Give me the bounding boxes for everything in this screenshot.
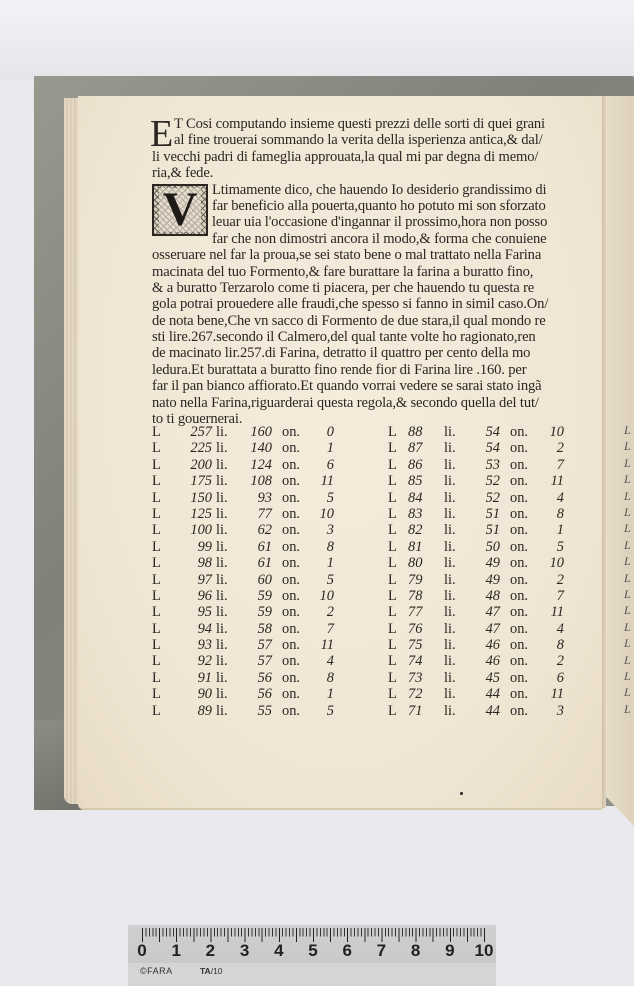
value-lire-total: 150 bbox=[176, 490, 212, 506]
value-lire-total: 97 bbox=[176, 572, 212, 588]
value-ounces: 6 bbox=[312, 457, 334, 473]
value-ounces: 1 bbox=[542, 522, 564, 538]
unit-prefix: L bbox=[152, 506, 161, 522]
li-label: li. bbox=[444, 440, 456, 456]
value-lire-total: 75 bbox=[408, 637, 434, 653]
text-line: T Cosi computando insieme questi prezzi … bbox=[152, 116, 592, 132]
value-lire-flour: 56 bbox=[238, 670, 272, 686]
on-label: on. bbox=[510, 490, 528, 506]
on-label: on. bbox=[510, 572, 528, 588]
unit-prefix: L bbox=[388, 473, 397, 489]
value-ounces: 10 bbox=[312, 588, 334, 604]
value-lire-total: 91 bbox=[176, 670, 212, 686]
value-lire-flour: 140 bbox=[238, 440, 272, 456]
value-lire-flour: 108 bbox=[238, 473, 272, 489]
ruler-number: 4 bbox=[274, 941, 283, 961]
table-row: L93li.57on.11 bbox=[152, 637, 352, 653]
value-ounces: 7 bbox=[542, 588, 564, 604]
ruler-brand: ©FARA bbox=[140, 966, 173, 976]
facing-page-glyph: L bbox=[624, 621, 631, 635]
value-lire-flour: 46 bbox=[470, 637, 500, 653]
value-lire-flour: 52 bbox=[470, 473, 500, 489]
unit-prefix: L bbox=[388, 440, 397, 456]
on-label: on. bbox=[282, 522, 300, 538]
value-lire-flour: 56 bbox=[238, 686, 272, 702]
on-label: on. bbox=[282, 653, 300, 669]
facing-page: LLLLLLLLLLLLLLLLLL bbox=[606, 96, 634, 826]
facing-page-glyph: L bbox=[624, 604, 631, 618]
on-label: on. bbox=[282, 555, 300, 571]
table-row: L94li.58on.7 bbox=[152, 621, 352, 637]
unit-prefix: L bbox=[152, 424, 161, 440]
li-label: li. bbox=[216, 637, 228, 653]
on-label: on. bbox=[282, 440, 300, 456]
table-row: L78li.48on.7 bbox=[388, 588, 588, 604]
table-row: L77li.47on.11 bbox=[388, 604, 588, 620]
text-line: nato nella Farina,riguarderai questa reg… bbox=[152, 395, 592, 411]
table-row: L89li.55on.5 bbox=[152, 703, 352, 719]
unit-prefix: L bbox=[152, 440, 161, 456]
text-line: al fine trouerai sommando la verita dell… bbox=[152, 132, 592, 148]
table-row: L82li.51on.1 bbox=[388, 522, 588, 538]
table-row: L95li.59on.2 bbox=[152, 604, 352, 620]
text-line: osseruare nel far la proua,se sei stato … bbox=[152, 247, 592, 263]
value-lire-total: 95 bbox=[176, 604, 212, 620]
ruler-number: 10 bbox=[475, 941, 494, 961]
table-row: L98li.61on.1 bbox=[152, 555, 352, 571]
unit-prefix: L bbox=[152, 522, 161, 538]
value-ounces: 11 bbox=[312, 637, 334, 653]
value-lire-flour: 47 bbox=[470, 604, 500, 620]
value-lire-flour: 48 bbox=[470, 588, 500, 604]
value-lire-total: 73 bbox=[408, 670, 434, 686]
facing-page-glyph: L bbox=[624, 670, 631, 684]
value-lire-total: 257 bbox=[176, 424, 212, 440]
on-label: on. bbox=[510, 506, 528, 522]
value-lire-total: 92 bbox=[176, 653, 212, 669]
li-label: li. bbox=[444, 703, 456, 719]
value-ounces: 2 bbox=[542, 440, 564, 456]
value-ounces: 7 bbox=[312, 621, 334, 637]
ruler-model-bold: TA bbox=[200, 966, 211, 976]
table-row: L125li.77on.10 bbox=[152, 506, 352, 522]
value-lire-total: 78 bbox=[408, 588, 434, 604]
scale-ruler: 012345678910 ©FARA TA/10 bbox=[128, 924, 496, 986]
paragraph-2: V Ltimamente dico, che hauendo Io deside… bbox=[152, 182, 592, 428]
li-label: li. bbox=[216, 653, 228, 669]
on-label: on. bbox=[282, 490, 300, 506]
unit-prefix: L bbox=[388, 621, 397, 637]
value-lire-total: 90 bbox=[176, 686, 212, 702]
li-label: li. bbox=[216, 703, 228, 719]
facing-page-glyph: L bbox=[624, 473, 631, 487]
unit-prefix: L bbox=[152, 686, 161, 702]
value-lire-flour: 57 bbox=[238, 637, 272, 653]
li-label: li. bbox=[444, 572, 456, 588]
value-lire-total: 81 bbox=[408, 539, 434, 555]
value-lire-total: 77 bbox=[408, 604, 434, 620]
value-lire-flour: 160 bbox=[238, 424, 272, 440]
value-lire-flour: 55 bbox=[238, 703, 272, 719]
paper-speck bbox=[460, 792, 463, 795]
li-label: li. bbox=[216, 555, 228, 571]
value-lire-flour: 57 bbox=[238, 653, 272, 669]
value-lire-flour: 59 bbox=[238, 588, 272, 604]
unit-prefix: L bbox=[152, 539, 161, 555]
unit-prefix: L bbox=[152, 621, 161, 637]
value-lire-flour: 61 bbox=[238, 555, 272, 571]
value-ounces: 6 bbox=[542, 670, 564, 686]
unit-prefix: L bbox=[152, 604, 161, 620]
on-label: on. bbox=[282, 703, 300, 719]
value-ounces: 2 bbox=[312, 604, 334, 620]
value-ounces: 11 bbox=[312, 473, 334, 489]
table-row: L75li.46on.8 bbox=[388, 637, 588, 653]
on-label: on. bbox=[510, 703, 528, 719]
table-row: L73li.45on.6 bbox=[388, 670, 588, 686]
value-lire-flour: 54 bbox=[470, 440, 500, 456]
value-ounces: 7 bbox=[542, 457, 564, 473]
value-lire-flour: 44 bbox=[470, 703, 500, 719]
unit-prefix: L bbox=[388, 703, 397, 719]
on-label: on. bbox=[282, 457, 300, 473]
unit-prefix: L bbox=[388, 572, 397, 588]
li-label: li. bbox=[216, 522, 228, 538]
unit-prefix: L bbox=[152, 572, 161, 588]
li-label: li. bbox=[444, 506, 456, 522]
unit-prefix: L bbox=[152, 457, 161, 473]
li-label: li. bbox=[444, 686, 456, 702]
li-label: li. bbox=[216, 506, 228, 522]
on-label: on. bbox=[510, 604, 528, 620]
value-ounces: 5 bbox=[542, 539, 564, 555]
table-row: L87li.54on.2 bbox=[388, 440, 588, 456]
value-lire-total: 87 bbox=[408, 440, 434, 456]
value-lire-flour: 60 bbox=[238, 572, 272, 588]
value-ounces: 5 bbox=[312, 490, 334, 506]
table-row: L90li.56on.1 bbox=[152, 686, 352, 702]
on-label: on. bbox=[510, 457, 528, 473]
table-row: L81li.50on.5 bbox=[388, 539, 588, 555]
text-line: sti lire.267.secondo il Calmero,del qual… bbox=[152, 329, 592, 345]
on-label: on. bbox=[510, 424, 528, 440]
value-lire-total: 200 bbox=[176, 457, 212, 473]
table-row: L91li.56on.8 bbox=[152, 670, 352, 686]
text-line: li vecchi padri di fameglia approuata,la… bbox=[152, 149, 592, 165]
li-label: li. bbox=[216, 686, 228, 702]
li-label: li. bbox=[444, 637, 456, 653]
li-label: li. bbox=[444, 522, 456, 538]
table-row: L150li.93on.5 bbox=[152, 490, 352, 506]
value-lire-total: 71 bbox=[408, 703, 434, 719]
value-ounces: 1 bbox=[312, 686, 334, 702]
on-label: on. bbox=[282, 572, 300, 588]
value-ounces: 5 bbox=[312, 703, 334, 719]
on-label: on. bbox=[282, 686, 300, 702]
value-ounces: 10 bbox=[542, 555, 564, 571]
gutter bbox=[602, 96, 606, 808]
facing-page-glyph: L bbox=[624, 506, 631, 520]
ruler-number: 8 bbox=[411, 941, 420, 961]
ruler-label-strip bbox=[128, 963, 496, 986]
li-label: li. bbox=[216, 670, 228, 686]
table-row: L100li.62on.3 bbox=[152, 522, 352, 538]
ruler-number: 0 bbox=[137, 941, 146, 961]
unit-prefix: L bbox=[152, 653, 161, 669]
value-ounces: 8 bbox=[542, 506, 564, 522]
li-label: li. bbox=[444, 490, 456, 506]
value-lire-flour: 49 bbox=[470, 555, 500, 571]
unit-prefix: L bbox=[388, 506, 397, 522]
facing-page-glyph: L bbox=[624, 490, 631, 504]
value-lire-flour: 93 bbox=[238, 490, 272, 506]
facing-page-glyph: L bbox=[624, 686, 631, 700]
unit-prefix: L bbox=[388, 539, 397, 555]
value-ounces: 11 bbox=[542, 686, 564, 702]
text-line: macinata del tuo Formento,& fare buratta… bbox=[152, 264, 592, 280]
value-ounces: 0 bbox=[312, 424, 334, 440]
unit-prefix: L bbox=[152, 555, 161, 571]
table-row: L79li.49on.2 bbox=[388, 572, 588, 588]
table-row: L76li.47on.4 bbox=[388, 621, 588, 637]
li-label: li. bbox=[216, 572, 228, 588]
text-line: far che non dimostri ancora il modo,& fo… bbox=[152, 231, 592, 247]
value-lire-total: 83 bbox=[408, 506, 434, 522]
unit-prefix: L bbox=[388, 457, 397, 473]
value-lire-flour: 50 bbox=[470, 539, 500, 555]
facing-page-glyph: L bbox=[624, 637, 631, 651]
value-ounces: 8 bbox=[312, 539, 334, 555]
table-column-right: L88li.54on.10L87li.54on.2L86li.53on.7L85… bbox=[388, 424, 588, 719]
text-line: gola potrai prouedere alle fraudi,che sp… bbox=[152, 296, 592, 312]
table-row: L225li.140on.1 bbox=[152, 440, 352, 456]
facing-page-glyph: L bbox=[624, 654, 631, 668]
value-ounces: 10 bbox=[542, 424, 564, 440]
value-lire-total: 88 bbox=[408, 424, 434, 440]
on-label: on. bbox=[510, 555, 528, 571]
value-lire-total: 225 bbox=[176, 440, 212, 456]
value-ounces: 8 bbox=[312, 670, 334, 686]
facing-page-glyph: L bbox=[624, 572, 631, 586]
value-lire-flour: 61 bbox=[238, 539, 272, 555]
value-lire-flour: 51 bbox=[470, 522, 500, 538]
ruler-model: TA/10 bbox=[200, 966, 223, 976]
value-lire-total: 125 bbox=[176, 506, 212, 522]
on-label: on. bbox=[282, 604, 300, 620]
unit-prefix: L bbox=[152, 670, 161, 686]
ruler-model-rest: /10 bbox=[211, 966, 223, 976]
text-line: leuar uia l'occasione d'ingannar il pros… bbox=[152, 214, 592, 230]
value-ounces: 1 bbox=[312, 440, 334, 456]
facing-page-glyph: L bbox=[624, 703, 631, 717]
value-lire-total: 79 bbox=[408, 572, 434, 588]
value-ounces: 8 bbox=[542, 637, 564, 653]
li-label: li. bbox=[444, 457, 456, 473]
ruler-number: 2 bbox=[206, 941, 215, 961]
value-ounces: 2 bbox=[542, 653, 564, 669]
value-lire-total: 85 bbox=[408, 473, 434, 489]
on-label: on. bbox=[510, 637, 528, 653]
on-label: on. bbox=[282, 539, 300, 555]
on-label: on. bbox=[510, 440, 528, 456]
value-ounces: 3 bbox=[312, 522, 334, 538]
li-label: li. bbox=[444, 588, 456, 604]
on-label: on. bbox=[510, 686, 528, 702]
li-label: li. bbox=[216, 490, 228, 506]
on-label: on. bbox=[282, 670, 300, 686]
value-lire-total: 100 bbox=[176, 522, 212, 538]
background bbox=[0, 0, 634, 80]
table-row: L80li.49on.10 bbox=[388, 555, 588, 571]
on-label: on. bbox=[282, 424, 300, 440]
li-label: li. bbox=[216, 424, 228, 440]
table-row: L71li.44on.3 bbox=[388, 703, 588, 719]
text-line: de macinato lir.257.di Farina, detratto … bbox=[152, 345, 592, 361]
li-label: li. bbox=[216, 473, 228, 489]
value-ounces: 4 bbox=[312, 653, 334, 669]
facing-page-glyph: L bbox=[624, 539, 631, 553]
value-lire-flour: 59 bbox=[238, 604, 272, 620]
value-lire-total: 86 bbox=[408, 457, 434, 473]
on-label: on. bbox=[510, 621, 528, 637]
table-row: L72li.44on.11 bbox=[388, 686, 588, 702]
table-row: L97li.60on.5 bbox=[152, 572, 352, 588]
unit-prefix: L bbox=[152, 473, 161, 489]
facing-page-glyph: L bbox=[624, 440, 631, 454]
table-column-left: L257li.160on.0L225li.140on.1L200li.124on… bbox=[152, 424, 352, 719]
li-label: li. bbox=[444, 653, 456, 669]
text-line: & a buratto Terzarolo come ti piacera, p… bbox=[152, 280, 592, 296]
value-ounces: 4 bbox=[542, 621, 564, 637]
value-ounces: 2 bbox=[542, 572, 564, 588]
on-label: on. bbox=[282, 506, 300, 522]
li-label: li. bbox=[216, 539, 228, 555]
value-lire-total: 74 bbox=[408, 653, 434, 669]
li-label: li. bbox=[444, 604, 456, 620]
li-label: li. bbox=[216, 621, 228, 637]
table-row: L257li.160on.0 bbox=[152, 424, 352, 440]
on-label: on. bbox=[282, 588, 300, 604]
unit-prefix: L bbox=[388, 522, 397, 538]
value-lire-total: 84 bbox=[408, 490, 434, 506]
value-lire-total: 80 bbox=[408, 555, 434, 571]
unit-prefix: L bbox=[388, 670, 397, 686]
li-label: li. bbox=[216, 457, 228, 473]
table-row: L200li.124on.6 bbox=[152, 457, 352, 473]
paragraph-1: E T Cosi computando insieme questi prezz… bbox=[152, 116, 592, 182]
unit-prefix: L bbox=[152, 588, 161, 604]
table-row: L83li.51on.8 bbox=[388, 506, 588, 522]
value-ounces: 11 bbox=[542, 473, 564, 489]
li-label: li. bbox=[444, 670, 456, 686]
unit-prefix: L bbox=[388, 588, 397, 604]
ornamental-dropcap: V bbox=[152, 184, 208, 236]
body-text: E T Cosi computando insieme questi prezz… bbox=[152, 116, 592, 427]
li-label: li. bbox=[216, 440, 228, 456]
value-lire-total: 82 bbox=[408, 522, 434, 538]
value-lire-total: 96 bbox=[176, 588, 212, 604]
li-label: li. bbox=[444, 424, 456, 440]
initial-letter: E bbox=[150, 119, 173, 149]
value-lire-flour: 54 bbox=[470, 424, 500, 440]
table-row: L92li.57on.4 bbox=[152, 653, 352, 669]
unit-prefix: L bbox=[388, 686, 397, 702]
value-ounces: 5 bbox=[312, 572, 334, 588]
unit-prefix: L bbox=[388, 637, 397, 653]
ruler-number: 6 bbox=[342, 941, 351, 961]
value-lire-total: 94 bbox=[176, 621, 212, 637]
table-row: L175li.108on.11 bbox=[152, 473, 352, 489]
value-lire-total: 98 bbox=[176, 555, 212, 571]
value-lire-total: 72 bbox=[408, 686, 434, 702]
value-lire-total: 93 bbox=[176, 637, 212, 653]
unit-prefix: L bbox=[388, 424, 397, 440]
unit-prefix: L bbox=[388, 555, 397, 571]
value-lire-total: 89 bbox=[176, 703, 212, 719]
on-label: on. bbox=[282, 637, 300, 653]
ruler-major-ticks bbox=[142, 928, 485, 942]
ruler-number: 9 bbox=[445, 941, 454, 961]
value-lire-flour: 44 bbox=[470, 686, 500, 702]
text-line: far beneficio alla pouerta,quanto ho pot… bbox=[152, 198, 592, 214]
li-label: li. bbox=[444, 555, 456, 571]
text-line: far il pan bianco affiorato.Et quando vo… bbox=[152, 378, 592, 394]
li-label: li. bbox=[444, 539, 456, 555]
on-label: on. bbox=[282, 473, 300, 489]
value-lire-flour: 49 bbox=[470, 572, 500, 588]
li-label: li. bbox=[444, 621, 456, 637]
facing-page-glyph: L bbox=[624, 555, 631, 569]
value-lire-flour: 62 bbox=[238, 522, 272, 538]
table-row: L84li.52on.4 bbox=[388, 490, 588, 506]
ruler-number: 7 bbox=[377, 941, 386, 961]
unit-prefix: L bbox=[152, 637, 161, 653]
table-row: L88li.54on.10 bbox=[388, 424, 588, 440]
on-label: on. bbox=[510, 522, 528, 538]
unit-prefix: L bbox=[388, 604, 397, 620]
facing-page-glyph: L bbox=[624, 588, 631, 602]
value-lire-flour: 46 bbox=[470, 653, 500, 669]
value-ounces: 1 bbox=[312, 555, 334, 571]
li-label: li. bbox=[216, 588, 228, 604]
li-label: li. bbox=[216, 604, 228, 620]
li-label: li. bbox=[444, 473, 456, 489]
on-label: on. bbox=[510, 588, 528, 604]
value-lire-total: 99 bbox=[176, 539, 212, 555]
text-line: de nota bene,Che vn sacco di Formento de… bbox=[152, 313, 592, 329]
value-lire-flour: 47 bbox=[470, 621, 500, 637]
value-lire-flour: 53 bbox=[470, 457, 500, 473]
value-lire-total: 76 bbox=[408, 621, 434, 637]
value-ounces: 10 bbox=[312, 506, 334, 522]
on-label: on. bbox=[510, 539, 528, 555]
table-row: L96li.59on.10 bbox=[152, 588, 352, 604]
table-row: L99li.61on.8 bbox=[152, 539, 352, 555]
value-lire-flour: 58 bbox=[238, 621, 272, 637]
value-lire-flour: 51 bbox=[470, 506, 500, 522]
on-label: on. bbox=[510, 473, 528, 489]
text-line: Ltimamente dico, che hauendo Io desideri… bbox=[152, 182, 592, 198]
facing-page-glyph: L bbox=[624, 522, 631, 536]
ruler-number: 3 bbox=[240, 941, 249, 961]
value-lire-total: 175 bbox=[176, 473, 212, 489]
text-line: ria,& fede. bbox=[152, 165, 592, 181]
value-ounces: 11 bbox=[542, 604, 564, 620]
table-row: L86li.53on.7 bbox=[388, 457, 588, 473]
ruler-number: 5 bbox=[308, 941, 317, 961]
value-lire-flour: 124 bbox=[238, 457, 272, 473]
on-label: on. bbox=[510, 670, 528, 686]
